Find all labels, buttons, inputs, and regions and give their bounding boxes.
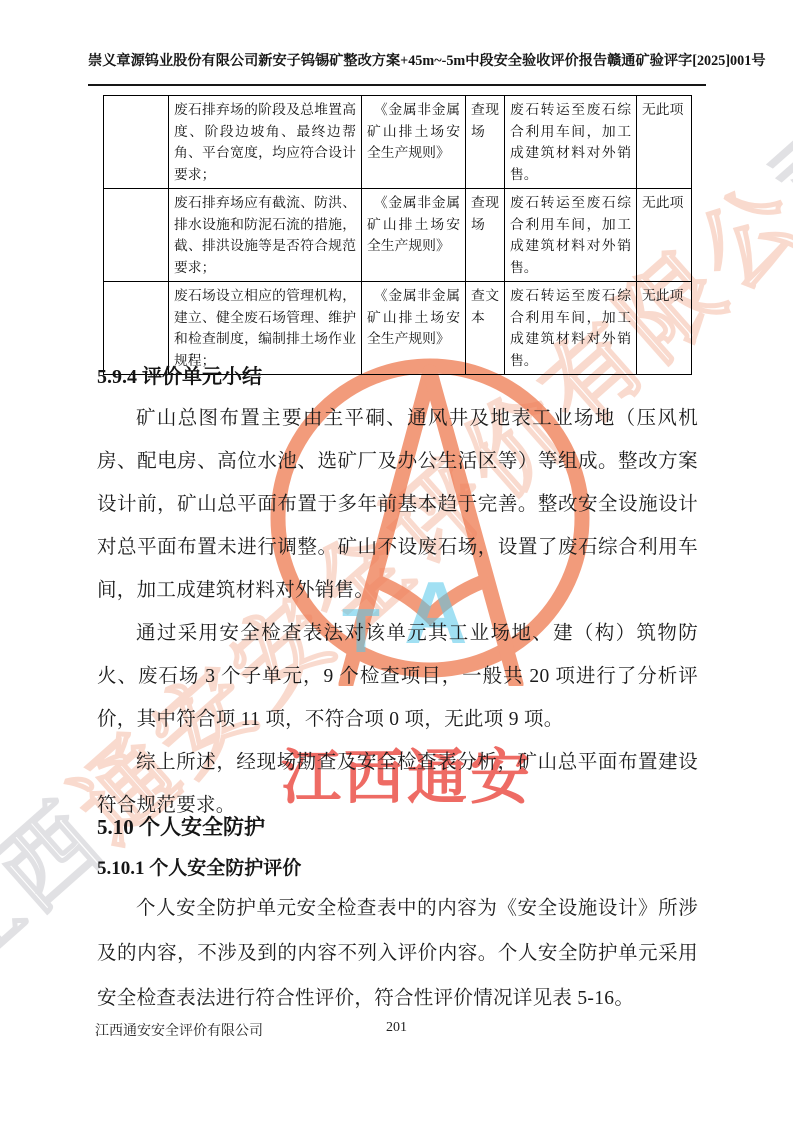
page-header: 崇义章源钨业股份有限公司新安子钨锡矿整改方案+45m~-5m中段安全验收评价报告… <box>88 50 706 70</box>
header-title: 崇义章源钨业股份有限公司新安子钨锡矿整改方案+45m~-5m中段安全验收评价报告 <box>88 50 607 70</box>
header-doc-number: 赣通矿验评字[2025]001号 <box>607 50 765 70</box>
paragraph: 矿山总图布置主要由主平硐、通风井及地表工业场地（压风机房、配电房、高位水池、选矿… <box>97 397 698 612</box>
cell-result: 无此项 <box>637 96 692 189</box>
paragraph: 通过采用安全检查表法对该单元其工业场地、建（构）筑物防火、废石场 3 个子单元，… <box>97 612 698 741</box>
cell-method: 查现场 <box>466 189 505 282</box>
report-page: 江西通安安全评价有限公司 T A 江西通安 崇义章源钨业股份有限公司新安子钨锡矿… <box>0 0 793 1122</box>
footer-page-number: 201 <box>0 1020 793 1036</box>
cell-method: 查现场 <box>466 96 505 189</box>
table-row: 废石排弃场应有截流、防洪、排水设施和防泥石流的措施，截、排洪设施等是否符合规范要… <box>104 189 692 282</box>
cell-check-item: 废石排弃场的阶段及总堆置高度、阶段边坡角、最终边帮角、平台宽度，均应符合设计要求… <box>169 96 362 189</box>
cell-category <box>104 189 169 282</box>
cell-check-item: 废石排弃场应有截流、防洪、排水设施和防泥石流的措施，截、排洪设施等是否符合规范要… <box>169 189 362 282</box>
section-heading-594: 5.9.4 评价单元小结 <box>97 360 698 389</box>
cell-situation: 废石转运至废石综合利用车间，加工成建筑材料对外销售。 <box>505 189 637 282</box>
content-layer: 崇义章源钨业股份有限公司新安子钨锡矿整改方案+45m~-5m中段安全验收评价报告… <box>0 0 793 1122</box>
cell-situation: 废石转运至废石综合利用车间，加工成建筑材料对外销售。 <box>505 96 637 189</box>
section-heading-510: 5.10 个人安全防护 <box>97 811 698 841</box>
cell-result: 无此项 <box>637 189 692 282</box>
cell-basis: 《金属非金属矿山排土场安全生产规则》 <box>362 96 466 189</box>
section-heading-5101: 5.10.1 个人安全防护评价 <box>97 853 698 880</box>
paragraph: 个人安全防护单元安全检查表中的内容为《安全设施设计》所涉及的内容，不涉及到的内容… <box>97 886 698 1021</box>
table-row: 废石排弃场的阶段及总堆置高度、阶段边坡角、最终边帮角、平台宽度，均应符合设计要求… <box>104 96 692 189</box>
header-rule <box>88 84 706 86</box>
cell-basis: 《金属非金属矿山排土场安全生产规则》 <box>362 189 466 282</box>
cell-category <box>104 96 169 189</box>
body-text: 5.9.4 评价单元小结 矿山总图布置主要由主平硐、通风井及地表工业场地（压风机… <box>97 360 698 1021</box>
safety-checklist-table: 废石排弃场的阶段及总堆置高度、阶段边坡角、最终边帮角、平台宽度，均应符合设计要求… <box>103 95 692 375</box>
